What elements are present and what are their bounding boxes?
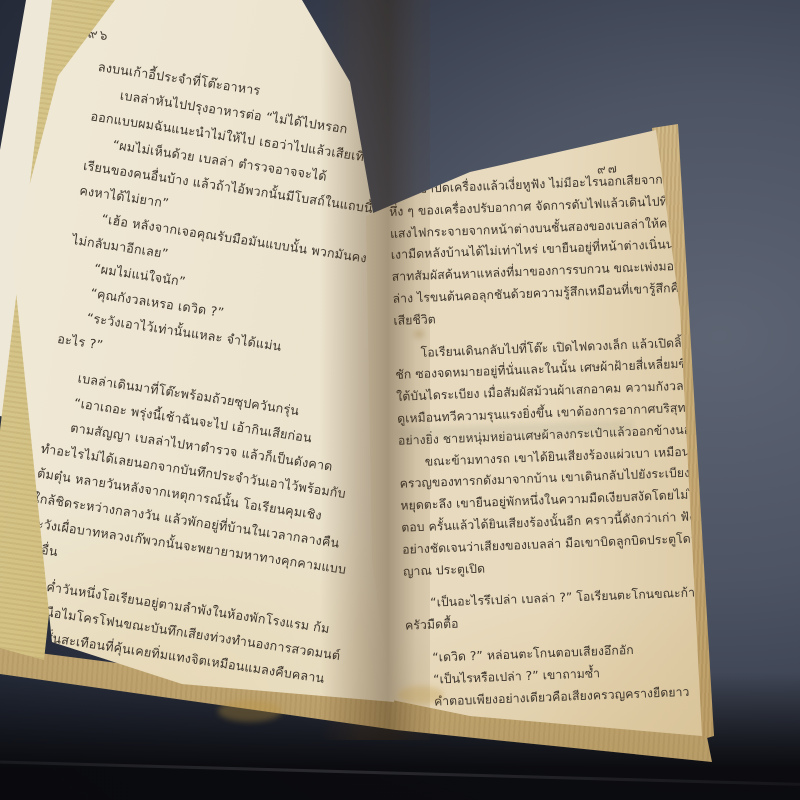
book-photo: ๙๖ ลงบนเก้าอี้ประจำที่โต๊ะอาหาร เบลล่าหั…	[0, 0, 800, 800]
paper-stain	[398, 686, 444, 704]
paper-stain	[414, 330, 424, 338]
right-page-text: เขาปิดเครื่องแล้วเงี่ยหูฟัง ไม่มีอะไรนอก…	[388, 169, 696, 714]
paper-stain	[218, 700, 282, 722]
